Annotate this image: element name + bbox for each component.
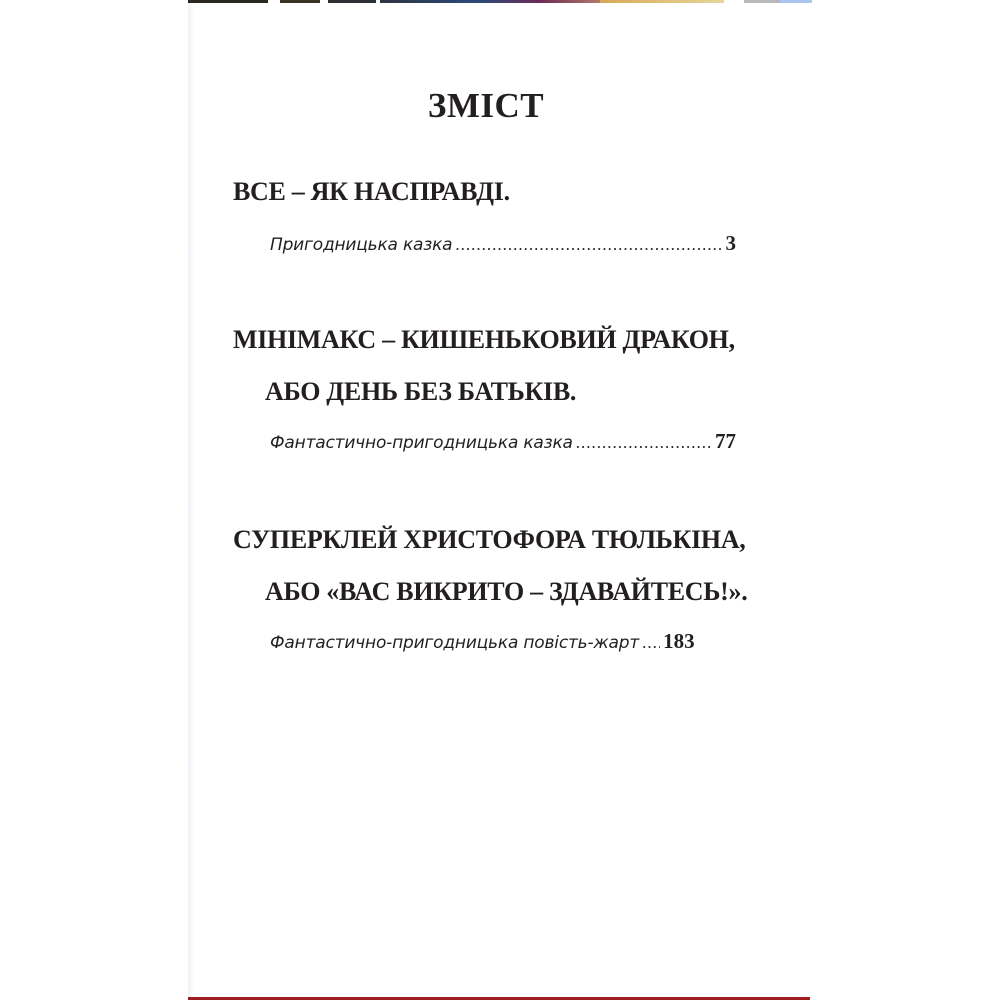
dot-leader bbox=[576, 433, 712, 453]
dot-leader bbox=[455, 235, 722, 255]
book-page bbox=[188, 3, 810, 998]
toc-entry-1-subtitle: Пригодницька казка bbox=[270, 235, 452, 255]
toc-entry-2-heading-line-1: МІНІМАКС – КИШЕНЬКОВИЙ ДРАКОН, bbox=[233, 325, 735, 355]
toc-entry-2-subtitle: Фантастично-пригодницька казка bbox=[270, 433, 573, 453]
toc-entry-1-line[interactable]: Пригодницька казка 3 bbox=[270, 231, 736, 256]
toc-entry-3-heading-line-2: АБО «ВАС ВИКРИТО – ЗДАВАЙТЕСЬ!». bbox=[265, 577, 747, 607]
dot-leader bbox=[642, 633, 660, 653]
toc-entry-2-heading-line-2: АБО ДЕНЬ БЕЗ БАТЬКІВ. bbox=[265, 377, 576, 407]
page-edge-shadow bbox=[188, 3, 194, 998]
toc-entry-2-line[interactable]: Фантастично-пригодницька казка 77 bbox=[270, 429, 736, 454]
toc-title: ЗМІСТ bbox=[188, 86, 784, 126]
toc-entry-3-subtitle: Фантастично-пригодницька повість-жарт bbox=[270, 633, 639, 653]
toc-entry-2-page-number: 77 bbox=[715, 429, 736, 454]
toc-entry-1-heading: ВСЕ – ЯК НАСПРАВДІ. bbox=[233, 177, 510, 207]
toc-entry-3-line[interactable]: Фантастично-пригодницька повість-жарт 18… bbox=[270, 629, 736, 654]
toc-entry-1-page-number: 3 bbox=[726, 231, 737, 256]
toc-entry-3-page-number: 183 bbox=[663, 629, 695, 654]
toc-entry-3-heading-line-1: СУПЕРКЛЕЙ ХРИСТОФОРА ТЮЛЬКІНА, bbox=[233, 525, 746, 555]
